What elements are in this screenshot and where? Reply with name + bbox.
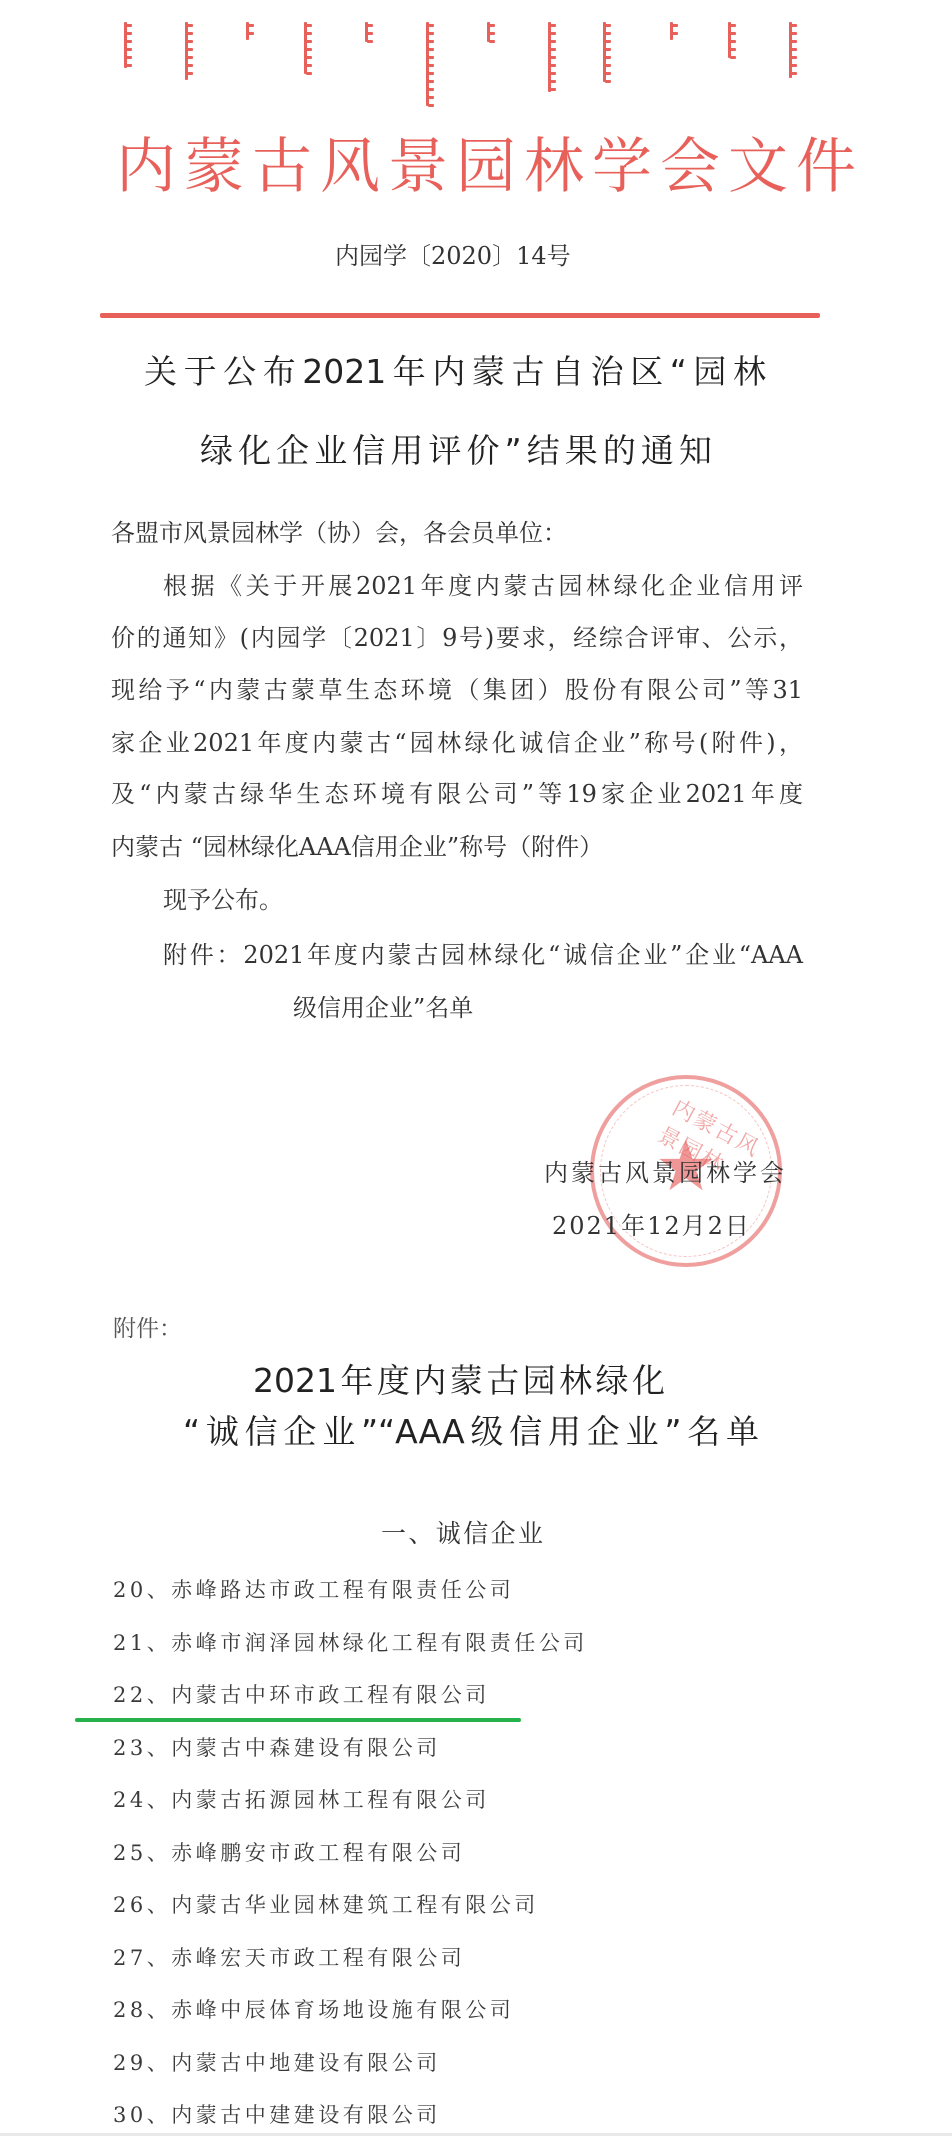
mongolian-script-column [599,22,609,82]
script-stroke [187,24,193,27]
attachment-reference: 附件：2021年度内蒙古园林绿化“诚信企业”企业“AAA [163,940,803,970]
script-stroke [187,40,193,43]
script-stroke [791,64,797,67]
script-stroke [791,56,797,59]
script-stroke [187,48,193,51]
company-name: 内蒙古中环市政工程有限公司 [171,1683,490,1707]
script-stroke [367,32,373,35]
script-stroke [248,32,254,35]
script-stroke [605,24,611,27]
script-stroke [605,56,611,59]
mongolian-script-column [242,22,252,40]
script-stroke [605,80,611,83]
attachment-title-line2: “诚信企业”“AAA级信用企业”名单 [183,1406,759,1453]
script-stroke [791,72,797,75]
script-stroke [730,40,736,43]
mongolian-script-column [483,22,493,42]
script-stroke [428,64,434,67]
company-name: 内蒙古中建建设有限公司 [171,2103,441,2127]
script-stroke [791,48,797,51]
attachment-label: 附件： [113,1310,182,1343]
attachment-title-line1: 2021年度内蒙古园林绿化 [253,1355,665,1402]
script-stroke [126,40,132,43]
mongolian-script-column [544,22,554,92]
company-name: 内蒙古中地建设有限公司 [171,2051,441,2075]
script-stroke [730,24,736,27]
list-item: 29、内蒙古中地建设有限公司 [113,2050,441,2076]
company-name: 赤峰中辰体育场地设施有限公司 [171,1998,514,2022]
script-stroke [730,32,736,35]
script-stroke [306,32,312,35]
org-title: 内蒙古风景园林学会文件 [116,130,800,204]
item-number: 29、 [113,2051,171,2075]
script-stroke [428,48,434,51]
company-name: 赤峰鹏安市政工程有限公司 [171,1841,465,1865]
script-stroke [605,48,611,51]
item-number: 26、 [113,1893,171,1917]
script-stroke [550,40,556,43]
script-stroke [730,48,736,51]
script-stroke [550,72,556,75]
script-stroke [489,24,495,27]
notice-title-line1: 关于公布2021年内蒙古自治区“园林 [144,346,766,393]
salutation: 各盟市风景园林学（协）会，各会员单位： [111,518,803,548]
script-stroke [672,24,678,27]
script-stroke [428,96,434,99]
mongolian-script-column [666,22,676,40]
script-stroke [428,104,434,107]
mongolian-script-column [785,22,795,78]
section-title: 一、诚信企业 [381,1514,543,1550]
script-stroke [489,32,495,35]
body-line: 价的通知》(内园学〔2021〕9号)要求，经综合评审、公示， [111,623,803,653]
script-stroke [550,80,556,83]
item-number: 28、 [113,1998,171,2022]
script-stroke [187,72,193,75]
list-item: 27、赤峰宏天市政工程有限公司 [113,1945,465,1971]
script-stroke [428,56,434,59]
highlight-underline [75,1718,521,1722]
script-stroke [605,32,611,35]
script-stroke [428,72,434,75]
list-item: 30、内蒙古中建建设有限公司 [113,2102,441,2128]
body-line: 现给予“内蒙古蒙草生态环境（集团）股份有限公司”等31 [111,675,803,705]
script-stroke [306,72,312,75]
script-stroke [306,48,312,51]
company-name: 赤峰路达市政工程有限责任公司 [171,1578,514,1602]
body-line: 根据《关于开展2021年度内蒙古园林绿化企业信用评 [163,571,803,601]
script-stroke [367,24,373,27]
company-name: 赤峰宏天市政工程有限公司 [171,1946,465,1970]
notice-title-line2: 绿化企业信用评价”结果的通知 [200,425,712,472]
script-stroke [126,24,132,27]
script-stroke [791,32,797,35]
script-stroke [126,56,132,59]
script-stroke [248,24,254,27]
script-stroke [306,40,312,43]
script-stroke [605,72,611,75]
script-stroke [306,64,312,67]
item-number: 27、 [113,1946,171,1970]
script-stroke [428,24,434,27]
mongolian-script-column [181,22,191,80]
script-stroke [605,64,611,67]
document-number: 内园学〔2020〕14号 [335,236,571,271]
item-number: 23、 [113,1736,171,1760]
script-stroke [428,40,434,43]
announce-text: 现予公布。 [163,885,803,915]
company-name: 赤峰市润泽园林绿化工程有限责任公司 [171,1631,588,1655]
list-item: 26、内蒙古华业园林建筑工程有限公司 [113,1892,539,1918]
list-item: 25、赤峰鹏安市政工程有限公司 [113,1840,465,1866]
list-item: 21、赤峰市润泽园林绿化工程有限责任公司 [113,1630,588,1656]
list-item: 20、赤峰路达市政工程有限责任公司 [113,1577,514,1603]
script-stroke [306,56,312,59]
company-name: 内蒙古华业园林建筑工程有限公司 [171,1893,539,1917]
list-item: 24、内蒙古拓源园林工程有限公司 [113,1787,490,1813]
script-stroke [791,40,797,43]
item-number: 24、 [113,1788,171,1812]
script-stroke [428,80,434,83]
item-number: 22、 [113,1683,171,1707]
mongolian-script-column [361,22,371,42]
script-stroke [489,40,495,43]
script-stroke [367,40,373,43]
script-stroke [605,40,611,43]
script-stroke [672,32,678,35]
mongolian-script-column [724,22,734,58]
attachment-reference-cont: 级信用企业”名单 [293,993,473,1023]
script-stroke [187,64,193,67]
signature-date: 2021年12月2日 [552,1206,751,1241]
list-item: 22、内蒙古中环市政工程有限公司 [113,1682,490,1708]
script-stroke [791,24,797,27]
item-number: 25、 [113,1841,171,1865]
body-line: 及“内蒙古绿华生态环境有限公司”等19家企业2021年度 [111,779,803,809]
list-item: 23、内蒙古中森建设有限公司 [113,1735,441,1761]
item-number: 20、 [113,1578,171,1602]
script-stroke [550,24,556,27]
mongolian-script-column [422,22,432,106]
item-number: 21、 [113,1631,171,1655]
script-stroke [306,24,312,27]
script-stroke [428,88,434,91]
company-name: 内蒙古拓源园林工程有限公司 [171,1788,490,1812]
script-stroke [550,48,556,51]
script-stroke [187,56,193,59]
script-stroke [126,48,132,51]
script-stroke [126,64,132,67]
script-stroke [428,32,434,35]
signature-org: 内蒙古风景园林学会 [544,1153,787,1188]
mongolian-script-column [300,22,310,74]
list-item: 28、赤峰中辰体育场地设施有限公司 [113,1997,514,2023]
script-stroke [187,32,193,35]
script-stroke [550,88,556,91]
script-stroke [126,32,132,35]
company-name: 内蒙古中森建设有限公司 [171,1736,441,1760]
mongolian-script-column [120,22,130,68]
red-divider [100,313,820,318]
body-line: 内蒙古 “园林绿化AAA信用企业”称号（附件） [111,832,631,862]
script-stroke [550,32,556,35]
item-number: 30、 [113,2103,171,2127]
script-stroke [124,22,127,68]
body-line: 家企业2021年度内蒙古“园林绿化诚信企业”称号(附件)， [111,728,803,758]
script-stroke [550,56,556,59]
script-stroke [550,64,556,67]
script-stroke [730,56,736,59]
